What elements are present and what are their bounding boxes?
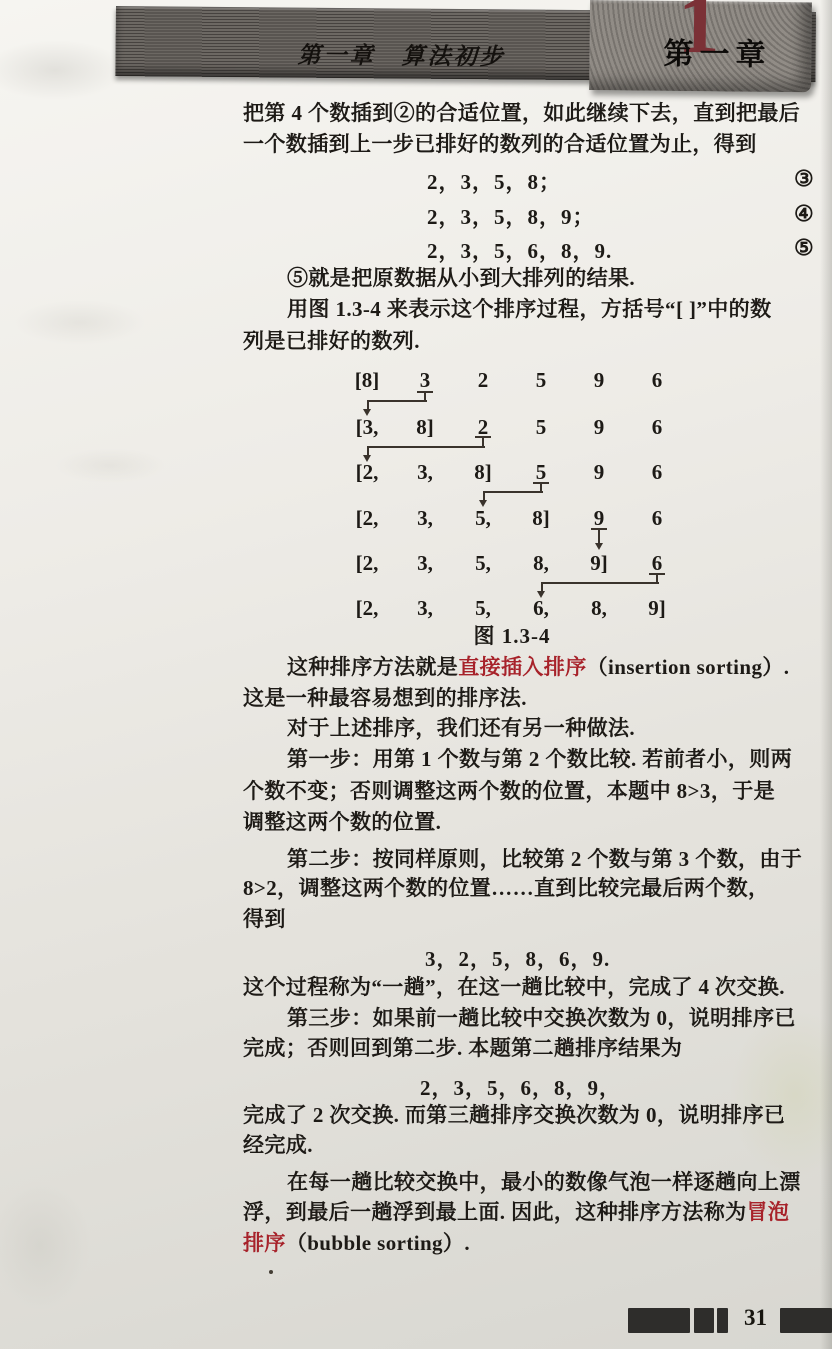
para10-line1: 完成了 2 次交换. 而第三趟排序交换次数为 0，说明排序已	[243, 1103, 785, 1128]
textbook-page: 第一章 算法初步 1 第一章 把第 4 个数插到②的合适位置，如此继续下去，直到…	[0, 0, 832, 1349]
figure-cell: 3,	[396, 596, 454, 621]
scan-smudge	[0, 1180, 90, 1310]
figure-cell: 3,	[396, 506, 454, 531]
keyword-bubble-sort-1: 冒泡	[747, 1201, 790, 1224]
figure-cell: 5	[512, 368, 570, 393]
step1-label: 第一步：	[287, 748, 373, 771]
chapter-tab: 1 第一章	[589, 0, 812, 92]
figure-cell: 5,	[454, 551, 512, 576]
figure-cell: [8]	[338, 368, 396, 393]
figure-cell: 8,	[512, 551, 570, 576]
running-title: 第一章 算法初步	[297, 37, 505, 72]
figure-cell: [2,	[338, 506, 396, 531]
figure-cell: 6	[628, 368, 686, 393]
sequence-pass2: 2，3，5，6，8，9，	[420, 1072, 621, 1102]
scan-smudge	[730, 1010, 832, 1180]
figure-cell: [2,	[338, 596, 396, 621]
para11-line1: 在每一趟比较交换中，最小的数像气泡一样逐趟向上漂	[287, 1170, 801, 1195]
page-number: 31	[744, 1305, 767, 1331]
footer-bar	[717, 1308, 728, 1333]
figure-row: [2, 3, 8] 5 9 6	[338, 460, 686, 485]
para11-line2: 浮，到最后一趟浮到最上面. 因此，这种排序方法称为冒泡	[243, 1200, 789, 1225]
para6-line3: 调整这两个数的位置.	[243, 810, 441, 835]
scan-smudge	[15, 300, 145, 345]
keyword-bubble-sort-2: 排序	[243, 1232, 286, 1255]
figure-cell: 5,	[454, 506, 512, 531]
figure-cell: [2,	[338, 460, 396, 485]
figure-cell: [2,	[338, 551, 396, 576]
para4-pre: 这种排序方法就是	[287, 655, 458, 679]
para3-line1: 用图 1.3-4 来表示这个排序过程，方括号“[ ]”中的数	[287, 297, 771, 322]
figure-row: [2, 3, 5, 6, 8, 9]	[338, 596, 686, 621]
figure-cell: 5	[512, 415, 570, 440]
figure-cell: 9]	[628, 596, 686, 621]
scan-smudge	[55, 448, 165, 483]
para9-line2: 完成；否则回到第二步. 本题第二趟排序结果为	[243, 1036, 682, 1061]
figure-cell: 3,	[396, 460, 454, 485]
para8: 这个过程称为“一趟”，在这一趟比较中，完成了 4 次交换.	[243, 975, 785, 1000]
para4-post: （insertion sorting）.	[587, 655, 790, 679]
figure-row: [3, 8] 2 5 9 6	[338, 415, 686, 440]
para7-line3: 得到	[243, 907, 286, 932]
para4-line1: 这种排序方法就是直接插入排序（insertion sorting）.	[287, 655, 789, 680]
figure-cell: 8]	[396, 415, 454, 440]
figure-cell: 9]	[570, 551, 628, 576]
sequence-pass1: 3，2，5，8，6，9.	[425, 943, 610, 973]
figure-cell: 8]	[454, 460, 512, 485]
para11-line3: 排序（bubble sorting）.	[243, 1231, 470, 1256]
para7-line1: 第二步：按同样原则，比较第 2 个数与第 3 个数，由于	[287, 847, 802, 872]
para9-line1: 第三步：如果前一趟比较中交换次数为 0，说明排序已	[287, 1006, 796, 1031]
figure-cell: 8]	[512, 506, 570, 531]
figure-cell: 3,	[396, 551, 454, 576]
para10-line2: 经完成.	[243, 1133, 313, 1158]
scan-smudge	[0, 40, 125, 100]
sequence-text: 2，3，5，8，9；	[427, 201, 595, 231]
figure-cell: 6	[628, 460, 686, 485]
para11-pre: 浮，到最后一趟浮到最上面. 因此，这种排序方法称为	[243, 1200, 747, 1224]
page-edge-shadow	[820, 0, 832, 1349]
para1-line2: 一个数插到上一步已排好的数列的合适位置为止，得到	[243, 132, 757, 157]
figure-row: [8] 3 2 5 9 6	[338, 368, 686, 393]
footer-bar	[628, 1308, 690, 1333]
figure-cell: 6	[628, 415, 686, 440]
para6-line2: 个数不变；否则调整这两个数的位置，本题中 8>3，于是	[243, 779, 775, 804]
figure-caption: 图 1.3-4	[338, 620, 686, 650]
para7-line2: 8>2，调整这两个数的位置……直到比较完最后两个数，	[243, 876, 769, 901]
para4-line2: 这是一种最容易想到的排序法.	[243, 686, 527, 711]
sequence-ref: ③	[794, 166, 814, 192]
para1-line1: 把第 4 个数插到②的合适位置，如此继续下去，直到把最后	[243, 101, 800, 126]
ink-dot-artifact	[269, 1270, 273, 1274]
para5: 对于上述排序，我们还有另一种做法.	[287, 716, 635, 741]
figure-cell: 8,	[570, 596, 628, 621]
para6-text: 用第 1 个数与第 2 个数比较. 若前者小，则两	[373, 747, 793, 771]
figure-cell: 6	[628, 506, 686, 531]
para6-line1: 第一步：用第 1 个数与第 2 个数比较. 若前者小，则两	[287, 747, 792, 772]
figure-cell: 9	[570, 368, 628, 393]
figure-cell: 9	[570, 415, 628, 440]
step2-label: 第二步：	[287, 848, 373, 871]
figure-cell: 3	[396, 368, 454, 393]
chapter-tab-label: 第一章	[663, 29, 771, 74]
sequence-ref: ⑤	[794, 235, 814, 261]
figure-cell: 9	[570, 460, 628, 485]
sequence-text: 2，3，5，6，8，9.	[427, 235, 612, 265]
step3-label: 第三步：	[287, 1007, 373, 1030]
sequence-text: 2，3，5，8；	[427, 166, 561, 196]
sequence-ref: ④	[794, 201, 814, 227]
footer-bar	[780, 1308, 832, 1333]
figure-1-3-4: [8] 3 2 5 9 6 [3, 8] 2 5 9 6 [2, 3, 8] 5…	[338, 368, 686, 658]
para7-text: 按同样原则，比较第 2 个数与第 3 个数，由于	[373, 847, 803, 871]
para3-line2: 列是已排好的数列.	[243, 329, 420, 354]
figure-row: [2, 3, 5, 8, 9] 6	[338, 551, 686, 576]
figure-cell: [3,	[338, 415, 396, 440]
para9-text: 如果前一趟比较中交换次数为 0，说明排序已	[373, 1006, 796, 1030]
para2: ⑤就是把原数据从小到大排列的结果.	[287, 266, 635, 291]
figure-cell: 5,	[454, 596, 512, 621]
figure-cell: 2	[454, 368, 512, 393]
footer-bar	[694, 1308, 714, 1333]
para11-post: （bubble sorting）.	[286, 1231, 470, 1255]
figure-row: [2, 3, 5, 8] 9 6	[338, 506, 686, 531]
figure-cell: 6,	[512, 596, 570, 621]
keyword-insertion-sort: 直接插入排序	[458, 656, 586, 679]
